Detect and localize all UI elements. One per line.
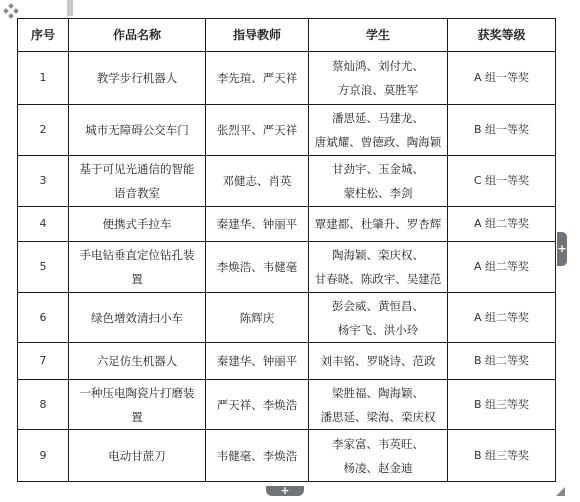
cell-teachers[interactable]: 陈辉庆: [206, 293, 309, 343]
cell-award[interactable]: A 组二等奖: [448, 242, 556, 293]
table-move-handle-icon[interactable]: [4, 4, 18, 18]
cell-teachers[interactable]: 秦建华、钟丽平: [206, 207, 309, 242]
cell-number[interactable]: 2: [18, 105, 69, 156]
column-resize-marker[interactable]: [67, 0, 73, 16]
cell-award[interactable]: B 组一等奖: [448, 105, 556, 156]
cell-text-line: 甘劲宇、玉金城、: [312, 157, 444, 181]
cell-text-line: 语音教室: [72, 181, 202, 205]
table-row: 1教学步行机器人李先瑄、严天祥蔡灿鸿、刘付尤、方京浪、莫胜军A 组一等奖: [18, 52, 556, 105]
table-row: 8一种压电陶瓷片打磨装置严天祥、李焕浩梁胜福、陶海颖、潘思延、梁海、栾庆权B 组…: [18, 380, 556, 430]
cell-award[interactable]: C 组一等奖: [448, 156, 556, 207]
cell-students[interactable]: 梁胜福、陶海颖、潘思延、梁海、栾庆权: [309, 380, 448, 430]
cell-text-line: 覃建都、杜肇升、罗杏辉: [312, 212, 444, 236]
table-row: 7六足仿生机器人秦建华、钟丽平刘丰铭、罗晓诗、范政B 组二等奖: [18, 343, 556, 380]
cell-title[interactable]: 便携式手拉车: [69, 207, 206, 242]
cell-text-line: 刘丰铭、罗晓诗、范政: [312, 349, 444, 373]
cell-number[interactable]: 9: [18, 430, 69, 482]
cell-number[interactable]: 5: [18, 242, 69, 293]
cell-teachers[interactable]: 张烈平、严天祥: [206, 105, 309, 156]
cell-award[interactable]: B 组三等奖: [448, 430, 556, 482]
cell-students[interactable]: 甘劲宇、玉金城、蒙柱松、李剑: [309, 156, 448, 207]
cell-students[interactable]: 刘丰铭、罗晓诗、范政: [309, 343, 448, 380]
cell-teachers[interactable]: 韦健毫、李焕浩: [206, 430, 309, 482]
cell-teachers[interactable]: 李焕浩、韦健毫: [206, 242, 309, 293]
cell-award[interactable]: B 组三等奖: [448, 380, 556, 430]
cell-title[interactable]: 城市无障碍公交车门: [69, 105, 206, 156]
add-row-button[interactable]: +: [266, 486, 304, 496]
cell-number[interactable]: 8: [18, 380, 69, 430]
table-row: 5手电钻垂直定位钻孔装置李焕浩、韦健毫陶海颖、栾庆权、甘春晓、陈政宇、吴建范A …: [18, 242, 556, 293]
table-row: 6绿色增效清扫小车陈辉庆彭会威、黄恒昌、杨宇飞、洪小玲A 组二等奖: [18, 293, 556, 343]
cell-text-line: 电动甘蔗刀: [72, 444, 202, 468]
cell-title[interactable]: 基于可见光通信的智能语音教室: [69, 156, 206, 207]
table-resize-handle-icon[interactable]: [556, 487, 565, 496]
cell-teachers[interactable]: 秦建华、钟丽平: [206, 343, 309, 380]
cell-students[interactable]: 李家富、韦英旺、杨凌、赵金迪: [309, 430, 448, 482]
cell-students[interactable]: 陶海颖、栾庆权、甘春晓、陈政宇、吴建范: [309, 242, 448, 293]
cell-text-line: 教学步行机器人: [72, 66, 202, 90]
cell-title[interactable]: 教学步行机器人: [69, 52, 206, 105]
cell-text-line: 杨凌、赵金迪: [312, 456, 444, 480]
cell-text-line: 绿色增效清扫小车: [72, 306, 202, 330]
plus-icon: +: [557, 242, 566, 255]
cell-number[interactable]: 6: [18, 293, 69, 343]
cell-students[interactable]: 蔡灿鸿、刘付尤、方京浪、莫胜军: [309, 52, 448, 105]
cell-title[interactable]: 手电钻垂直定位钻孔装置: [69, 242, 206, 293]
cell-text-line: 六足仿生机器人: [72, 349, 202, 373]
cell-text-line: 甘春晓、陈政宇、吴建范: [312, 267, 444, 291]
cell-number[interactable]: 7: [18, 343, 69, 380]
cell-students[interactable]: 彭会威、黄恒昌、杨宇飞、洪小玲: [309, 293, 448, 343]
cell-award[interactable]: A 组一等奖: [448, 52, 556, 105]
cell-text-line: 梁胜福、陶海颖、: [312, 381, 444, 405]
cell-text-line: 置: [72, 405, 202, 429]
header-number: 序号: [18, 19, 69, 52]
cell-text-line: 基于可见光通信的智能: [72, 157, 202, 181]
cell-text-line: 便携式手拉车: [72, 212, 202, 236]
table-row: 3基于可见光通信的智能语音教室邓健志、肖英甘劲宇、玉金城、蒙柱松、李剑C 组一等…: [18, 156, 556, 207]
cell-title[interactable]: 一种压电陶瓷片打磨装置: [69, 380, 206, 430]
cell-text-line: 一种压电陶瓷片打磨装: [72, 381, 202, 405]
cell-text-line: 彭会威、黄恒昌、: [312, 294, 444, 318]
header-teachers: 指导教师: [206, 19, 309, 52]
cell-title[interactable]: 绿色增效清扫小车: [69, 293, 206, 343]
cell-award[interactable]: A 组二等奖: [448, 207, 556, 242]
cell-text-line: 蔡灿鸿、刘付尤、: [312, 54, 444, 78]
cell-teachers[interactable]: 李先瑄、严天祥: [206, 52, 309, 105]
cell-text-line: 手电钻垂直定位钻孔装: [72, 243, 202, 267]
plus-icon: +: [280, 484, 289, 497]
cell-title[interactable]: 电动甘蔗刀: [69, 430, 206, 482]
awards-table: 序号 作品名称 指导教师 学生 获奖等级 1教学步行机器人李先瑄、严天祥蔡灿鸿、…: [17, 18, 556, 482]
cell-number[interactable]: 1: [18, 52, 69, 105]
cell-text-line: 蒙柱松、李剑: [312, 181, 444, 205]
cell-text-line: 潘思延、马建龙、: [312, 106, 444, 130]
cell-students[interactable]: 覃建都、杜肇升、罗杏辉: [309, 207, 448, 242]
table-row: 4便携式手拉车秦建华、钟丽平覃建都、杜肇升、罗杏辉A 组二等奖: [18, 207, 556, 242]
cell-text-line: 李家富、韦英旺、: [312, 432, 444, 456]
header-title: 作品名称: [69, 19, 206, 52]
cell-text-line: 唐斌耀、曾德政、陶海颖: [312, 130, 444, 154]
cell-text-line: 方京浪、莫胜军: [312, 78, 444, 102]
cell-text-line: 杨宇飞、洪小玲: [312, 318, 444, 342]
cell-award[interactable]: A 组二等奖: [448, 293, 556, 343]
header-award: 获奖等级: [448, 19, 556, 52]
cell-award[interactable]: B 组二等奖: [448, 343, 556, 380]
header-students: 学生: [309, 19, 448, 52]
cell-title[interactable]: 六足仿生机器人: [69, 343, 206, 380]
table-row: 2城市无障碍公交车门张烈平、严天祥潘思延、马建龙、唐斌耀、曾德政、陶海颖B 组一…: [18, 105, 556, 156]
cell-text-line: 置: [72, 267, 202, 291]
cell-teachers[interactable]: 邓健志、肖英: [206, 156, 309, 207]
cell-students[interactable]: 潘思延、马建龙、唐斌耀、曾德政、陶海颖: [309, 105, 448, 156]
cell-number[interactable]: 4: [18, 207, 69, 242]
cell-number[interactable]: 3: [18, 156, 69, 207]
cell-teachers[interactable]: 严天祥、李焕浩: [206, 380, 309, 430]
table-row: 9电动甘蔗刀韦健毫、李焕浩李家富、韦英旺、杨凌、赵金迪B 组三等奖: [18, 430, 556, 482]
header-row: 序号 作品名称 指导教师 学生 获奖等级: [18, 19, 556, 52]
add-column-button[interactable]: +: [557, 232, 567, 266]
cell-text-line: 城市无障碍公交车门: [72, 118, 202, 142]
cell-text-line: 陶海颖、栾庆权、: [312, 243, 444, 267]
cell-text-line: 潘思延、梁海、栾庆权: [312, 405, 444, 429]
